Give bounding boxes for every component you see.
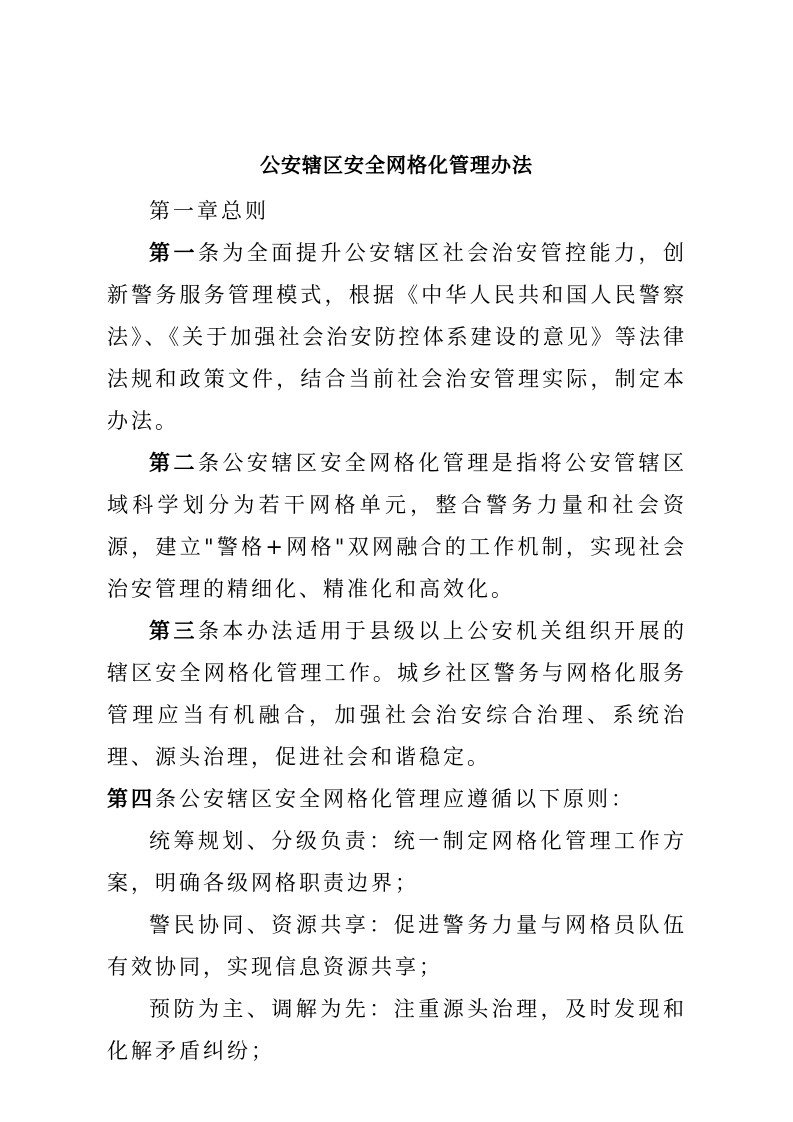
article-3: 第三条本办法适用于县级以上公安机关组织开展的辖区安全网格化管理工作。城乡社区警务… xyxy=(107,610,687,778)
article-4-lead: 第四 xyxy=(107,786,155,811)
article-2: 第二条公安辖区安全网格化管理是指将公安管辖区域科学划分为若干网格单元，整合警务力… xyxy=(107,442,687,610)
article-3-lead: 第三 xyxy=(149,618,198,643)
principle-1: 统筹规划、分级负责：统一制定网格化管理工作方案，明确各级网格职责边界； xyxy=(107,820,687,904)
principle-2: 警民协同、资源共享：促进警务力量与网格员队伍有效协同，实现信息资源共享； xyxy=(107,904,687,988)
document-title: 公安辖区安全网格化管理办法 xyxy=(0,150,793,180)
principle-3: 预防为主、调解为先：注重源头治理，及时发现和化解矛盾纠纷； xyxy=(107,988,687,1072)
article-2-lead: 第二 xyxy=(149,450,198,475)
chapter-heading: 第一章总则 xyxy=(107,190,687,232)
article-4-text: 条公安辖区安全网格化管理应遵循以下原则： xyxy=(155,787,635,811)
article-1: 第一条为全面提升公安辖区社会治安管控能力，创新警务服务管理模式，根据《中华人民共… xyxy=(107,232,687,442)
document-page: 公安辖区安全网格化管理办法 第一章总则 第一条为全面提升公安辖区社会治安管控能力… xyxy=(0,0,793,1122)
document-body: 第一章总则 第一条为全面提升公安辖区社会治安管控能力，创新警务服务管理模式，根据… xyxy=(107,190,687,1072)
article-1-text: 条为全面提升公安辖区社会治安管控能力，创新警务服务管理模式，根据《中华人民共和国… xyxy=(107,241,687,433)
article-4: 第四条公安辖区安全网格化管理应遵循以下原则： xyxy=(107,778,687,820)
article-1-lead: 第一 xyxy=(149,240,198,265)
